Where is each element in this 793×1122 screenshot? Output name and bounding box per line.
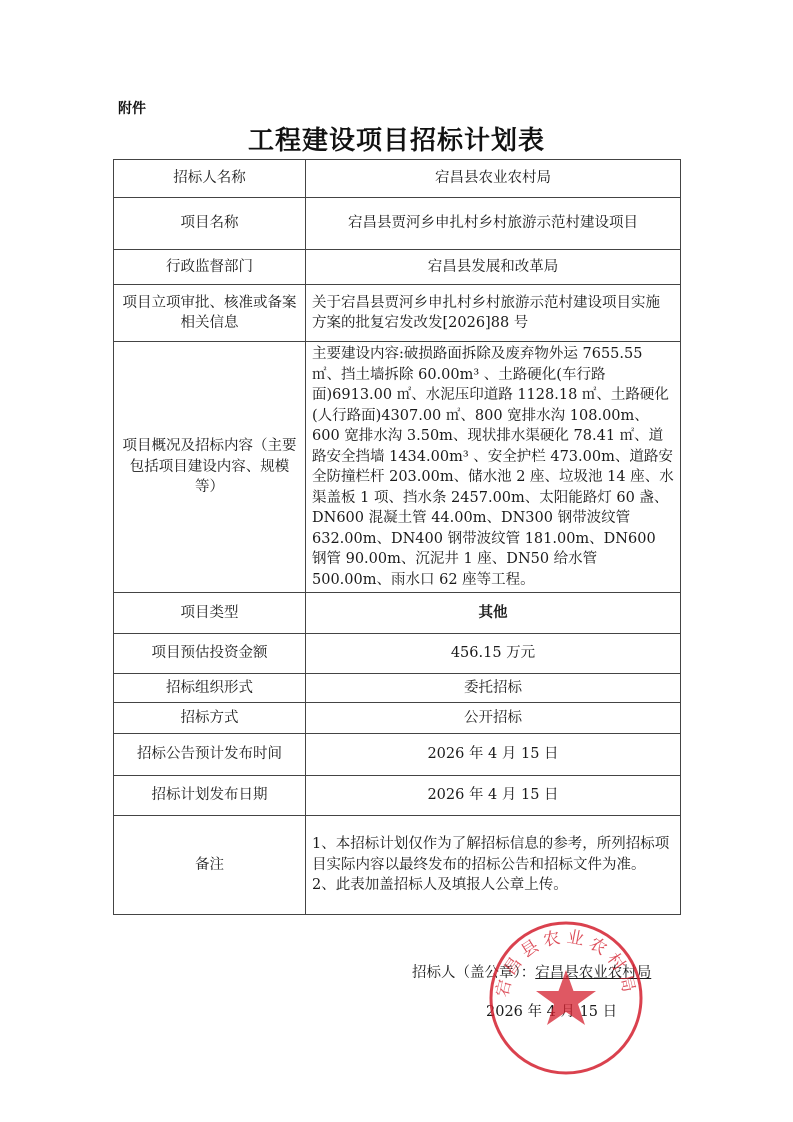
table-row: 招标组织形式 委托招标 bbox=[114, 674, 681, 703]
row-value-approval-info: 关于宕昌县贾河乡申扎村乡村旅游示范村建设项目实施方案的批复宕发改发[2026]8… bbox=[306, 285, 681, 342]
row-value-plan-release-date: 2026 年 4 月 15 日 bbox=[306, 776, 681, 816]
signature-line: 招标人（盖公章）：宕昌县农业农村局 bbox=[412, 961, 651, 982]
signature-date: 2026 年 4 月 15 日 bbox=[486, 1000, 617, 1021]
row-label-supervision-dept: 行政监督部门 bbox=[114, 250, 306, 285]
row-value-tenderer: 宕昌县农业农村局 bbox=[306, 160, 681, 198]
row-label-tenderer: 招标人名称 bbox=[114, 160, 306, 198]
row-label-announcement-time: 招标公告预计发布时间 bbox=[114, 734, 306, 776]
tender-plan-table: 招标人名称 宕昌县农业农村局 项目名称 宕昌县贾河乡申扎村乡村旅游示范村建设项目… bbox=[113, 159, 681, 915]
row-value-project-name: 宕昌县贾河乡申扎村乡村旅游示范村建设项目 bbox=[306, 198, 681, 250]
remark-line-1: 1、本招标计划仅作为了解招标信息的参考，所列招标项目实际内容以最终发布的招标公告… bbox=[312, 834, 674, 875]
row-value-project-overview: 主要建设内容:破损路面拆除及废弃物外运 7655.55 ㎡、挡土墙拆除 60.0… bbox=[306, 342, 681, 593]
remark-line-2: 2、此表加盖招标人及填报人公章上传。 bbox=[312, 875, 674, 896]
table-row: 招标公告预计发布时间 2026 年 4 月 15 日 bbox=[114, 734, 681, 776]
row-label-project-type: 项目类型 bbox=[114, 593, 306, 634]
attachment-label: 附件 bbox=[118, 98, 146, 118]
table-row: 项目概况及招标内容（主要包括项目建设内容、规模等） 主要建设内容:破损路面拆除及… bbox=[114, 342, 681, 593]
row-label-estimated-investment: 项目预估投资金额 bbox=[114, 634, 306, 674]
table-row: 项目类型 其他 bbox=[114, 593, 681, 634]
row-value-project-type: 其他 bbox=[306, 593, 681, 634]
row-label-project-overview: 项目概况及招标内容（主要包括项目建设内容、规模等） bbox=[114, 342, 306, 593]
official-seal: 宕昌县农业农村局 bbox=[488, 920, 644, 1076]
page-title: 工程建设项目招标计划表 bbox=[0, 120, 793, 157]
table-row: 项目预估投资金额 456.15 万元 bbox=[114, 634, 681, 674]
row-value-announcement-time: 2026 年 4 月 15 日 bbox=[306, 734, 681, 776]
row-value-supervision-dept: 宕昌县发展和改革局 bbox=[306, 250, 681, 285]
signature-organization: 宕昌县农业农村局 bbox=[535, 965, 651, 981]
row-label-remarks: 备注 bbox=[114, 816, 306, 915]
row-value-remarks: 1、本招标计划仅作为了解招标信息的参考，所列招标项目实际内容以最终发布的招标公告… bbox=[306, 816, 681, 915]
row-label-tender-method: 招标方式 bbox=[114, 703, 306, 734]
table-row: 招标方式 公开招标 bbox=[114, 703, 681, 734]
table-row: 备注 1、本招标计划仅作为了解招标信息的参考，所列招标项目实际内容以最终发布的招… bbox=[114, 816, 681, 915]
table-row: 招标人名称 宕昌县农业农村局 bbox=[114, 160, 681, 198]
signature-label: 招标人（盖公章）： bbox=[412, 965, 535, 981]
row-value-tender-method: 公开招标 bbox=[306, 703, 681, 734]
row-value-organization-form: 委托招标 bbox=[306, 674, 681, 703]
table-row: 项目立项审批、核准或备案相关信息 关于宕昌县贾河乡申扎村乡村旅游示范村建设项目实… bbox=[114, 285, 681, 342]
table-row: 招标计划发布日期 2026 年 4 月 15 日 bbox=[114, 776, 681, 816]
table-row: 行政监督部门 宕昌县发展和改革局 bbox=[114, 250, 681, 285]
row-label-organization-form: 招标组织形式 bbox=[114, 674, 306, 703]
table-row: 项目名称 宕昌县贾河乡申扎村乡村旅游示范村建设项目 bbox=[114, 198, 681, 250]
row-label-approval-info: 项目立项审批、核准或备案相关信息 bbox=[114, 285, 306, 342]
row-value-estimated-investment: 456.15 万元 bbox=[306, 634, 681, 674]
row-label-project-name: 项目名称 bbox=[114, 198, 306, 250]
row-label-plan-release-date: 招标计划发布日期 bbox=[114, 776, 306, 816]
